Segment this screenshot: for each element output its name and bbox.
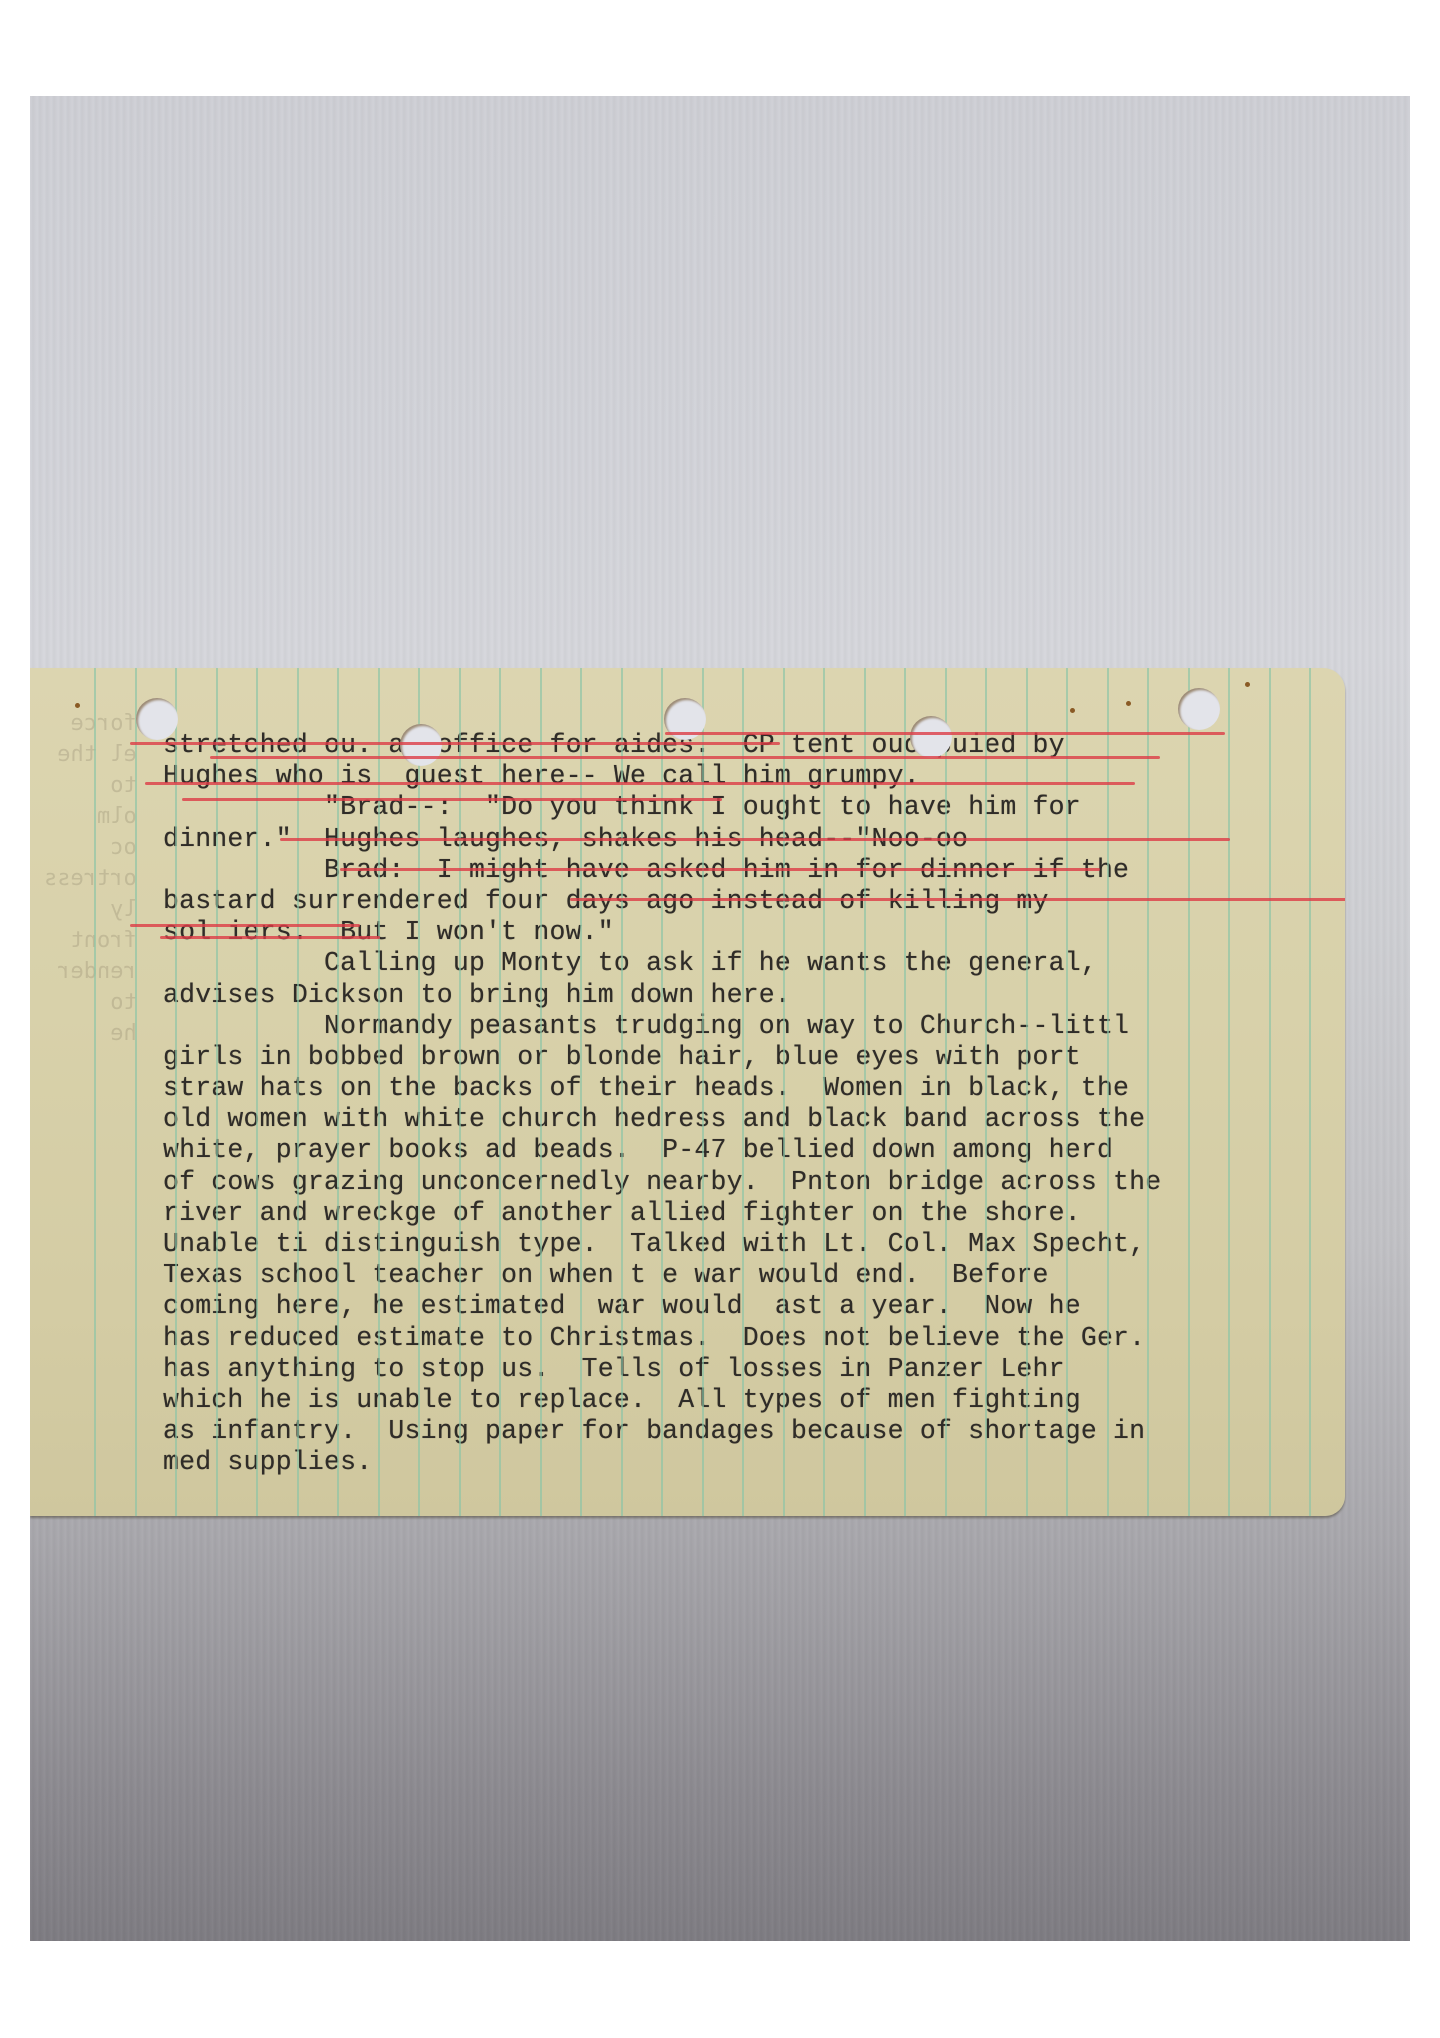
red-pencil-underline xyxy=(130,924,360,927)
red-pencil-underline xyxy=(160,936,380,939)
paper-rule-line xyxy=(94,668,96,1516)
paper-rule-line xyxy=(661,668,663,1516)
paper-stain xyxy=(1126,701,1131,706)
paper-rule-line xyxy=(378,668,380,1516)
paper-stain xyxy=(1245,682,1250,687)
punch-hole xyxy=(1178,688,1220,730)
paper-rule-line xyxy=(1188,668,1190,1516)
paper-rule-line xyxy=(1269,668,1271,1516)
paper-rule-line xyxy=(216,668,218,1516)
red-pencil-underline xyxy=(182,798,722,801)
paper-rule-line xyxy=(945,668,947,1516)
red-pencil-underline xyxy=(665,732,1225,735)
paper-rule-line xyxy=(540,668,542,1516)
punch-hole xyxy=(910,716,952,758)
paper-rule-line xyxy=(580,668,582,1516)
red-pencil-underline xyxy=(130,742,780,745)
paper-rule-line xyxy=(459,668,461,1516)
paper-rule-line xyxy=(742,668,744,1516)
paper-rule-line xyxy=(621,668,623,1516)
paper-rule-line xyxy=(297,668,299,1516)
paper-rule-line xyxy=(337,668,339,1516)
punch-hole xyxy=(400,724,442,766)
paper-rule-line xyxy=(783,668,785,1516)
paper-rule-line xyxy=(418,668,420,1516)
paper-rule-line xyxy=(499,668,501,1516)
paper-rule-line xyxy=(1026,668,1028,1516)
paper-rule-line xyxy=(175,668,177,1516)
punch-hole xyxy=(136,698,178,740)
red-pencil-underline xyxy=(340,868,1100,871)
red-pencil-underline xyxy=(280,838,1230,841)
red-pencil-underline xyxy=(210,756,1160,759)
paper-rule-line xyxy=(1228,668,1230,1516)
paper-rule-line xyxy=(1309,668,1311,1516)
lined-paper-sheet: force el the to olm oc ortress ly front … xyxy=(30,668,1345,1516)
red-pencil-underline xyxy=(570,898,1345,901)
paper-rule-line xyxy=(1066,668,1068,1516)
paper-rule-line xyxy=(256,668,258,1516)
paper-rule-line xyxy=(904,668,906,1516)
paper-rule-line xyxy=(1107,668,1109,1516)
document-photo: force el the to olm oc ortress ly front … xyxy=(30,96,1410,1941)
paper-rule-line xyxy=(135,668,137,1516)
paper-stain xyxy=(1070,708,1075,713)
paper-rule-line xyxy=(823,668,825,1516)
bleed-through-text: force el the to olm oc ortress ly front … xyxy=(44,708,137,1049)
paper-rule-line xyxy=(985,668,987,1516)
red-pencil-underline xyxy=(145,782,1135,785)
paper-rule-line xyxy=(1147,668,1149,1516)
paper-stain xyxy=(75,703,80,708)
paper-rule-line xyxy=(702,668,704,1516)
paper-rule-line xyxy=(864,668,866,1516)
